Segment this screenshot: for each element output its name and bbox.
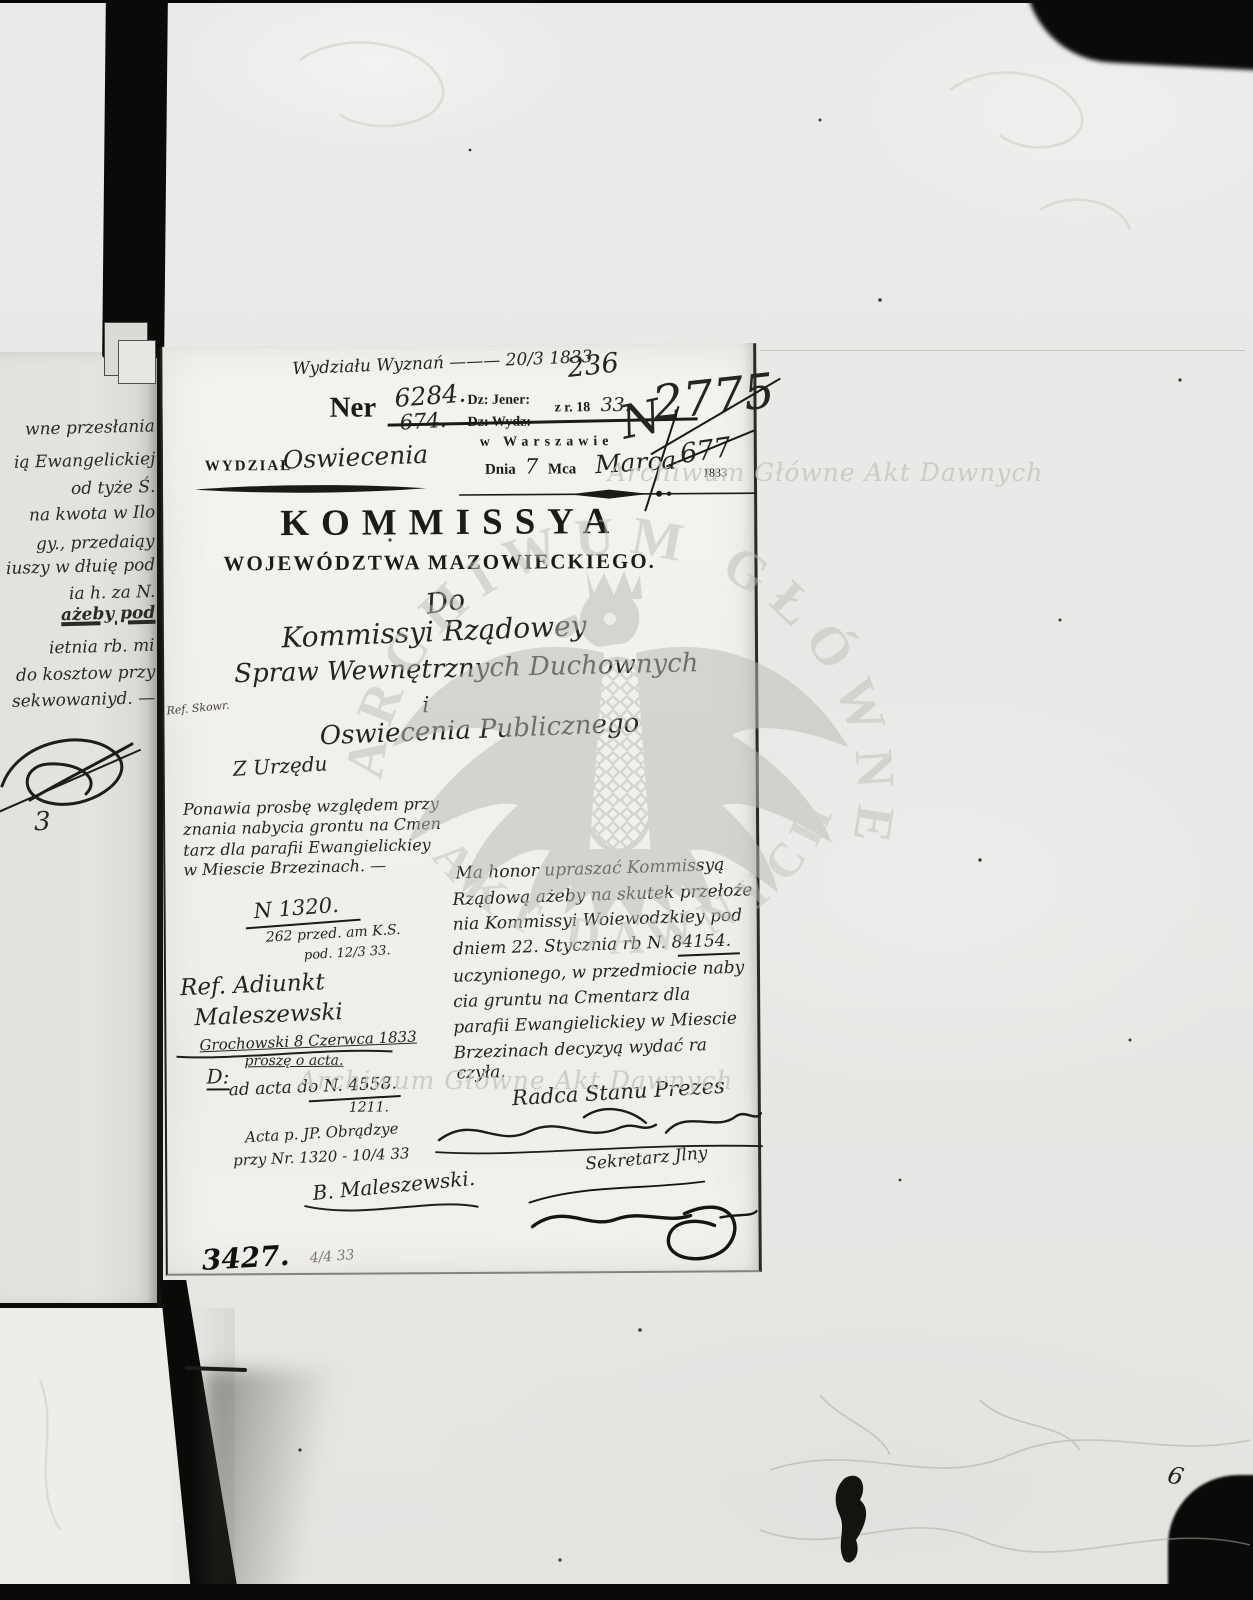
archival-photo: wne przesłania ią Ewangelickiej od tyże …: [0, 0, 1253, 1600]
acta-note-line: przy Nr. 1320 - 10/4 33: [233, 1144, 410, 1169]
paper-tab: [118, 340, 156, 384]
ref-number: N 1320.: [253, 893, 340, 923]
body-line: Ma honor upraszać Kommissyą: [455, 855, 725, 884]
left-page-signature-flourish: [0, 722, 150, 822]
summary-line: tarz dla parafii Ewangielickiey: [183, 835, 431, 860]
ornament-rule: [459, 487, 757, 501]
archive-watermark-text: Archiwum Główne Akt Dawnych: [298, 1066, 734, 1095]
wydzial-value: Oswiecenia: [282, 440, 428, 475]
body-line: uczynionego, w przedmiocie naby: [453, 957, 745, 986]
ner-number-crossed: 674.: [399, 408, 447, 435]
address-line: Oswiecenia Publicznego: [319, 708, 640, 751]
bottom-pencil-note: 4/4 33: [309, 1247, 355, 1266]
body-line: Rządową ażeby na skutek przełoże: [452, 880, 752, 910]
body-line: parafii Ewangielickiey w Miescie: [453, 1009, 737, 1038]
acta-note-line: Acta p. JP. Obrądzye: [245, 1119, 399, 1146]
dnia-label: Dnia: [485, 462, 516, 479]
summary-line: w Miescie Brzezinach. —: [183, 856, 386, 880]
body-line: cia gruntu na Cmentarz dla: [453, 985, 691, 1013]
ad-acta-denominator: 1211.: [349, 1099, 389, 1115]
left-page-line: wne przesłania: [25, 416, 155, 439]
ref-date: pod. 12/3 33.: [304, 943, 391, 963]
ner-label: Ner: [329, 392, 376, 425]
referent-name: Maleszewski: [194, 999, 343, 1031]
film-corner-bottom-right: [1168, 1475, 1253, 1600]
top-registration-note: Wydziału Wyznań ——— 20/3 1833: [292, 347, 593, 379]
left-page-line: iuszy w dłuię pod: [5, 555, 155, 579]
dz-jener-label: Dz: Jener:: [467, 393, 530, 409]
left-page-line: do kosztow przy: [15, 662, 155, 686]
referent-line: Ref. Adiunkt: [180, 969, 326, 1001]
stray-mark: 6: [1165, 1461, 1187, 1492]
title-wojewodztwa: WOJEWÓDZTWA MAZOWIECKIEGO.: [223, 549, 643, 577]
left-page-line: ietnia rb. mi: [49, 636, 155, 659]
ner-number: 6284.: [393, 379, 467, 413]
gutter-shadow: [205, 1370, 355, 1600]
address-line: i: [422, 693, 429, 718]
binding-gutter-top: [102, 0, 168, 358]
left-page-extra-mark: 3: [34, 807, 51, 837]
big-number: 2775: [650, 363, 778, 432]
dz-wydz-label: Dz: Wydz:: [468, 415, 531, 431]
body-line: nia Kommissyi Woiewodzkiey pod: [452, 906, 742, 935]
day-value: 7: [525, 455, 539, 479]
tapered-rule: [195, 483, 427, 494]
mca-label: Mca: [548, 461, 576, 478]
left-page-line: na kwota w Ilo: [28, 502, 155, 525]
left-page-line-underlined: ażeby pod: [60, 603, 155, 625]
city-line: w Warszawie: [480, 434, 614, 451]
left-page-line: ia h. za N.: [68, 582, 155, 604]
wydzial-label: WYDZIAŁ: [205, 458, 292, 476]
z-urzedu-heading: Z Urzędu: [232, 751, 328, 780]
crease-hairline: [760, 350, 1245, 351]
body-line: Brzezinach decyzyą wydać ra: [453, 1035, 707, 1063]
margin-note: Ref. Skowr.: [166, 699, 230, 718]
film-corner-top-right: [1020, 0, 1253, 72]
number-underline: [678, 952, 740, 957]
address-line: Spraw Wewnętrznych Duchownych: [234, 649, 665, 689]
title-kommissya: KOMMISSYA: [280, 500, 580, 545]
secretary-signature-flourish: [524, 1173, 760, 1269]
archive-watermark-text: Archiwum Główne Akt Dawnych: [608, 458, 1044, 487]
president-signature-flourish: [434, 1100, 764, 1160]
year-printed: z r. 18: [555, 400, 591, 416]
signature-tail-flourish: [302, 1197, 482, 1220]
left-page-line: od tyże Ś.: [70, 477, 155, 499]
folio-page-number: 236: [566, 347, 621, 384]
bottom-register-number: 3427.: [201, 1239, 290, 1277]
left-page-line: sekwowaniyd. —: [12, 688, 156, 712]
address-line: Kommissyi Rządowey: [268, 608, 599, 655]
left-page-fragment: wne przesłania ią Ewangelickiej od tyże …: [0, 352, 161, 1305]
left-page-line: ią Ewangelickiej: [13, 449, 155, 473]
d-mark: D:: [207, 1064, 230, 1090]
left-page-line: gy., przedaiąy: [36, 531, 155, 554]
film-bottom-edge: [0, 1584, 1253, 1600]
